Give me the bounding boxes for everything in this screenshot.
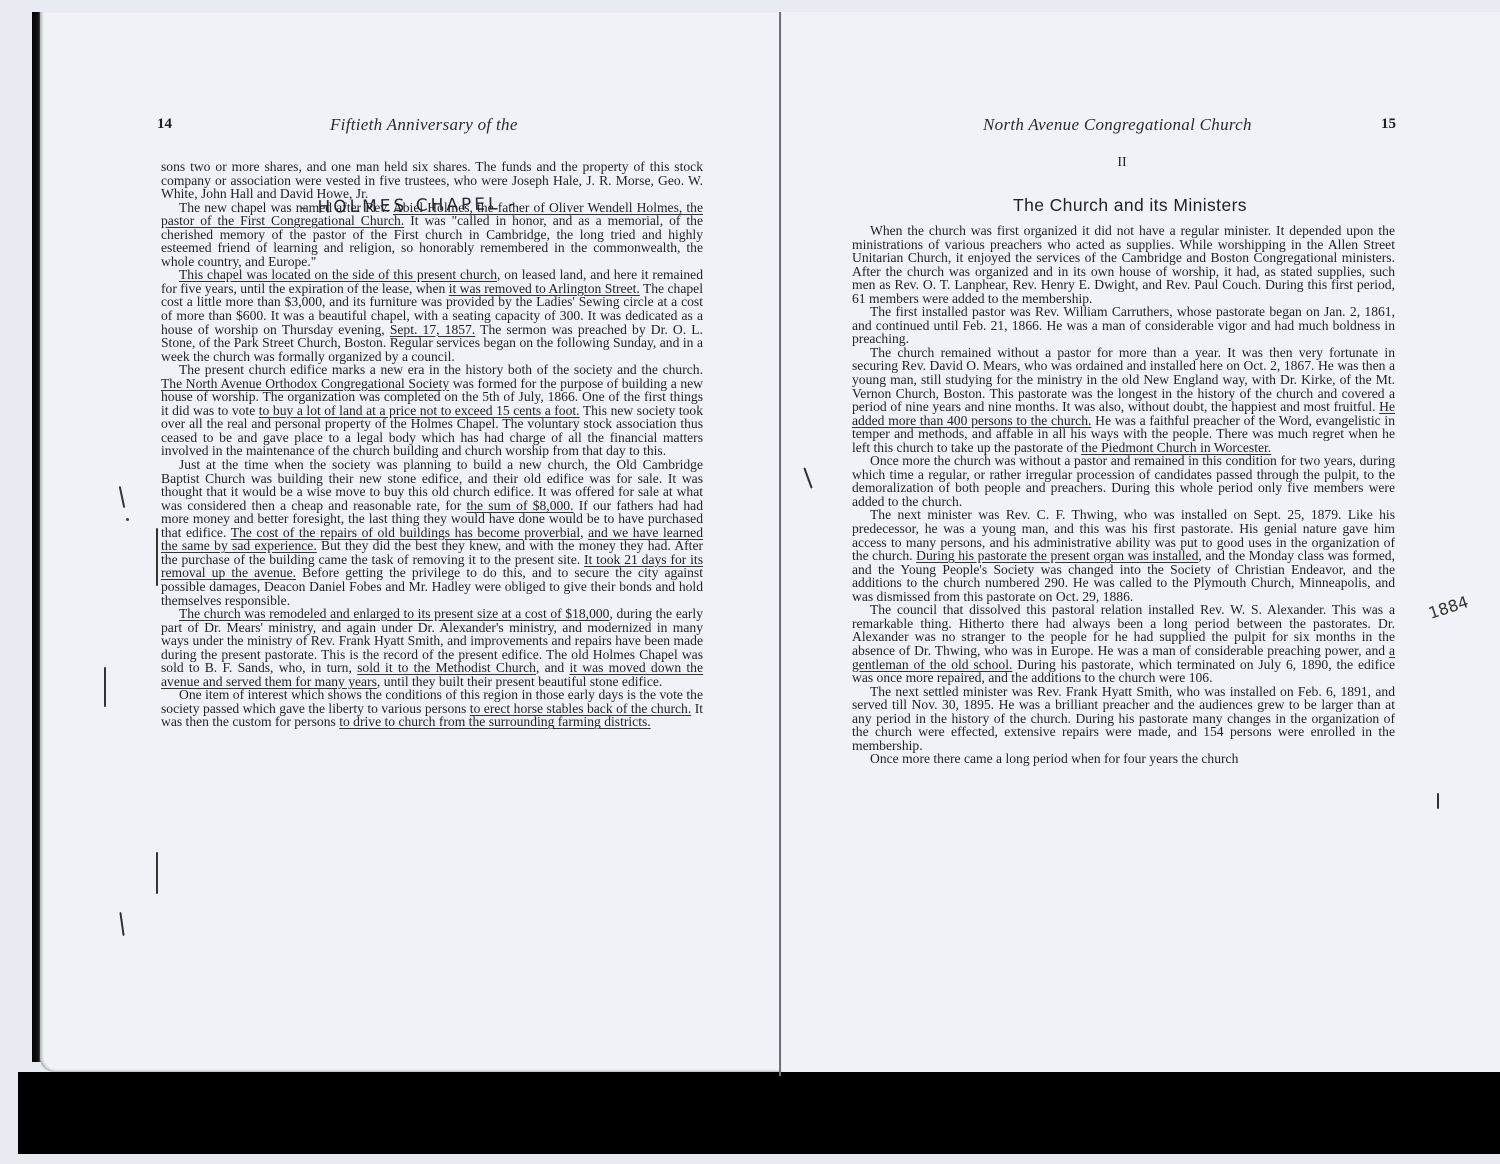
text-run: The next settled minister was Rev. Frank…: [852, 684, 1395, 753]
handwritten-margin-year: 1884: [1426, 592, 1471, 623]
section-title: The Church and its Ministers: [940, 195, 1320, 216]
pencil-dot: [126, 518, 129, 521]
paragraph: One item of interest which shows the con…: [161, 688, 703, 729]
text-run: sons two or more shares, and one man hel…: [161, 159, 703, 201]
left-page-number: 14: [157, 116, 172, 133]
paragraph: Once more there came a long period when …: [852, 752, 1395, 766]
paragraph: Once more the church was without a pasto…: [852, 454, 1395, 508]
text-run: The first installed pastor was Rev. Will…: [852, 304, 1395, 346]
paragraph: Just at the time when the society was pl…: [161, 458, 703, 607]
text-run: Once more the church was without a pasto…: [852, 453, 1395, 509]
pencil-margin-mark: [104, 667, 106, 707]
right-running-head: North Avenue Congregational Church: [983, 115, 1252, 135]
section-number: II: [1102, 155, 1142, 171]
paragraph: This chapel was located on the side of t…: [161, 268, 703, 363]
text-run: Once more there came a long period when …: [870, 751, 1238, 766]
paragraph: The first installed pastor was Rev. Will…: [852, 305, 1395, 346]
paragraph: The new chapel was named after Rev. Abie…: [161, 201, 703, 269]
paragraph: The church remained without a pastor for…: [852, 346, 1395, 454]
left-page-body-text: sons two or more shares, and one man hel…: [161, 160, 703, 729]
paragraph: The council that dissolved this pastoral…: [852, 603, 1395, 684]
paragraph: The next settled minister was Rev. Frank…: [852, 685, 1395, 753]
text-run: The church remained without a pastor for…: [852, 345, 1395, 414]
right-page-number: 15: [1381, 116, 1396, 133]
paragraph: sons two or more shares, and one man hel…: [161, 160, 703, 201]
text-run: The council that dissolved this pastoral…: [852, 602, 1395, 658]
paragraph: The present church edifice marks a new e…: [161, 363, 703, 458]
text-run: When the church was first organized it d…: [852, 223, 1395, 306]
pencil-margin-bar: [156, 852, 158, 894]
left-running-head: Fiftieth Anniversary of the: [330, 115, 518, 135]
paragraph: The next minister was Rev. C. F. Thwing,…: [852, 508, 1395, 603]
pencil-margin-mark: [803, 467, 812, 488]
underlined-passage: to drive to church from the surrounding …: [339, 714, 650, 729]
paragraph: The church was remodeled and enlarged to…: [161, 607, 703, 688]
right-page-body-text: When the church was first organized it d…: [852, 224, 1395, 766]
pencil-margin-bar: [156, 528, 158, 586]
book-gutter: [779, 12, 781, 1076]
pencil-margin-mark: [1437, 793, 1439, 809]
paragraph: When the church was first organized it d…: [852, 224, 1395, 305]
scan-bottom-border: [18, 1072, 1500, 1154]
